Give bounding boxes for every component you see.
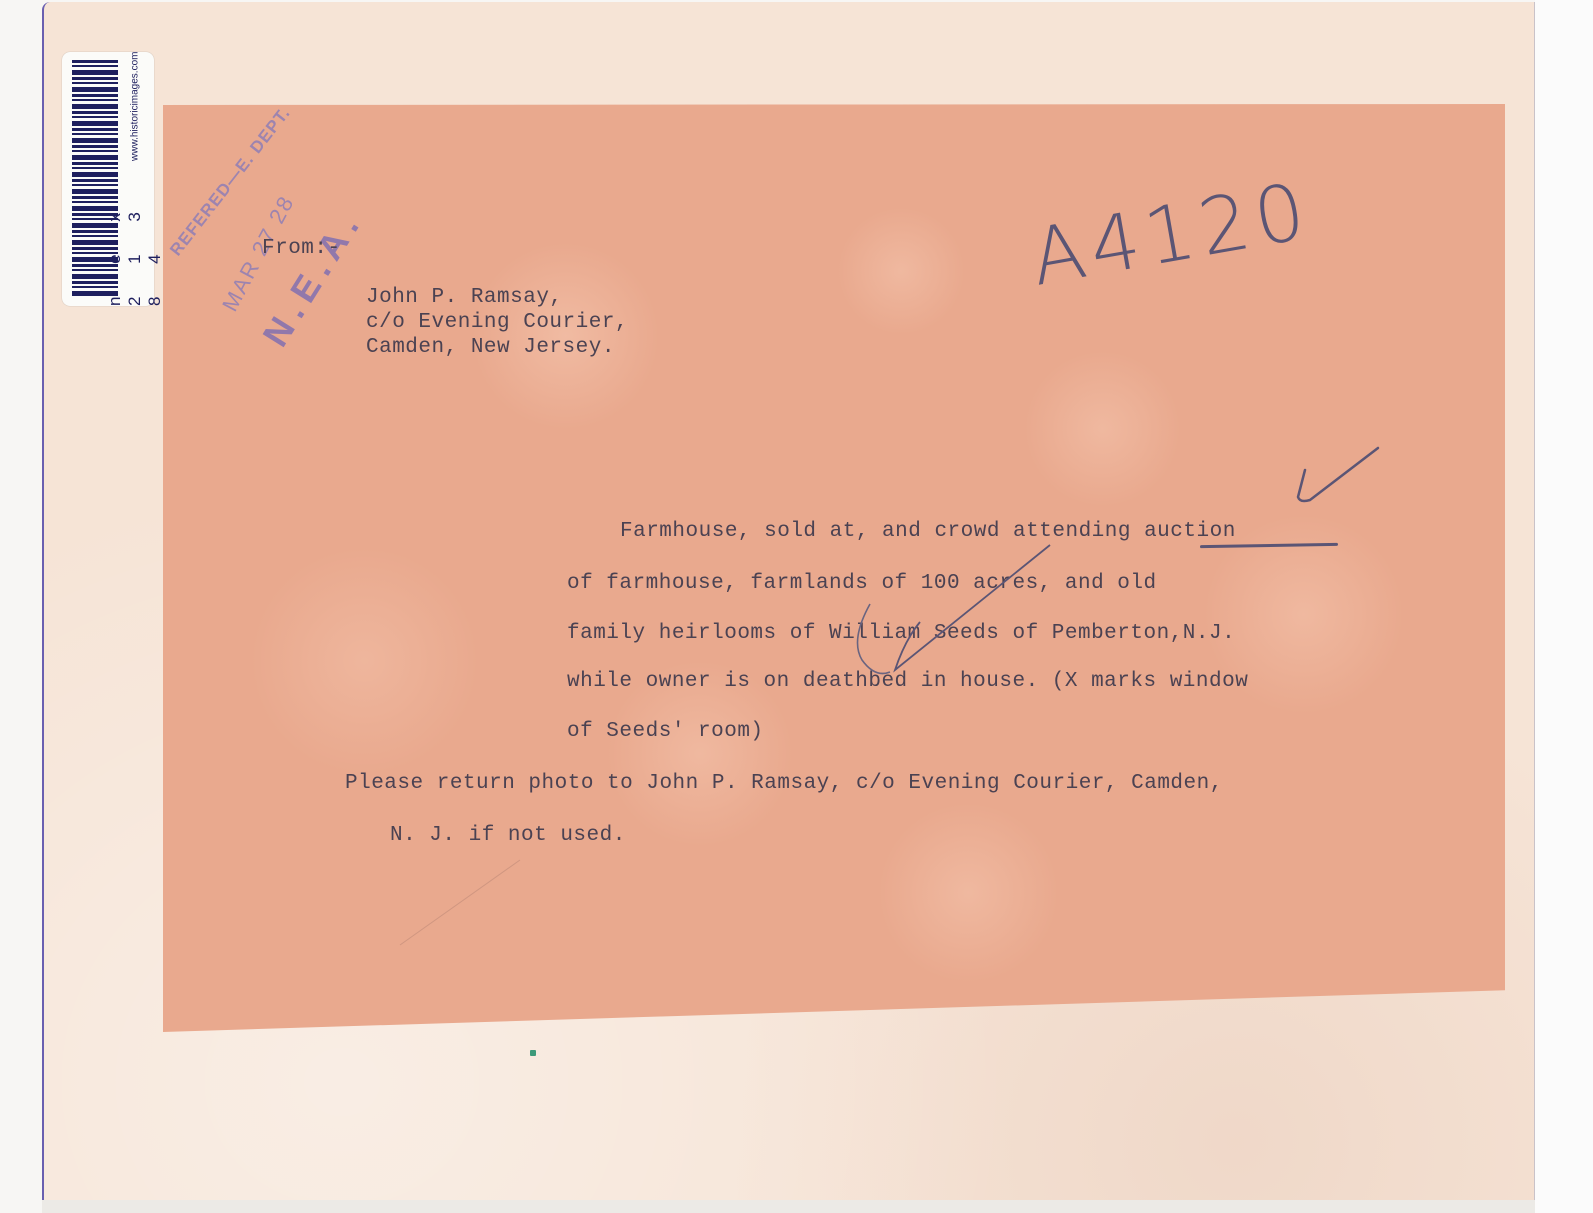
checkmark-icon: [1298, 448, 1378, 501]
ink-speck: [530, 1050, 536, 1056]
pencil-marks: [0, 0, 1593, 1213]
circled-x-icon: [858, 604, 891, 674]
stray-mark: [400, 860, 520, 945]
checkmark-icon: [895, 545, 1050, 670]
